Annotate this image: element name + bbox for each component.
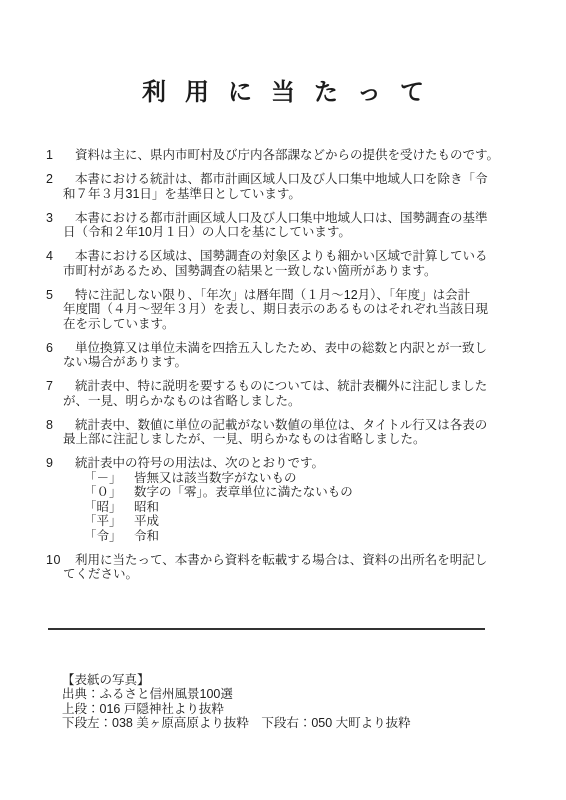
- symbol-desc: 数字の「零」。表章単位に満たないもの: [134, 485, 353, 499]
- list-item: 9 統計表中の符号の用法は、次のとおりです。 「－」皆無又は該当数字がないもの …: [0, 456, 566, 543]
- item-line: 統計表中の符号の用法は、次のとおりです。: [63, 456, 566, 471]
- item-line: 本書における統計は、都市計画区域人口及び人口集中地域人口を除き「令: [63, 172, 566, 187]
- symbol-mark: 「平」: [84, 514, 134, 529]
- footer-line: 【表紙の写真】: [62, 673, 566, 688]
- item-line: が、一見、明らかなものは省略しました。: [63, 394, 566, 409]
- list-item: 2 本書における統計は、都市計画区域人口及び人口集中地域人口を除き「令 和７年３…: [0, 172, 566, 201]
- list-item: 4 本書における区域は、国勢調査の対象区よりも細かい区域で計算している 市町村が…: [0, 249, 566, 278]
- item-number: 3: [46, 211, 53, 226]
- item-line: 単位換算又は単位未満を四捨五入したため、表中の総数と内訳とが一致し: [63, 341, 566, 356]
- symbol-desc: 平成: [134, 514, 159, 528]
- item-line: 本書における都市計画区域人口及び人口集中地域人口は、国勢調査の基準: [63, 211, 566, 226]
- list-item: 1 資料は主に、県内市町村及び庁内各部課などからの提供を受けたものです。: [0, 148, 566, 163]
- list-item: 7 統計表中、特に説明を要するものについては、統計表欄外に注記しました が、一見…: [0, 379, 566, 408]
- item-line: 資料は主に、県内市町村及び庁内各部課などからの提供を受けたものです。: [63, 148, 566, 163]
- symbol-desc: 昭和: [134, 500, 159, 514]
- item-number: 6: [46, 341, 53, 356]
- item-line: 在を示しています。: [63, 317, 566, 332]
- cover-photo-note: 【表紙の写真】 出典：ふるさと信州風景100選 上段：016 戸隠神社より抜粋 …: [62, 673, 566, 731]
- symbol-legend-row: 「令」令和: [63, 529, 566, 544]
- list-item: 5 特に注記しない限り、「年次」は暦年間（１月～12月）、「年度」は会計 年度間…: [0, 288, 566, 332]
- symbol-legend-row: 「０」数字の「零」。表章単位に満たないもの: [63, 485, 566, 500]
- item-number: 5: [46, 288, 53, 303]
- item-line: ない場合があります。: [63, 355, 566, 370]
- item-line: 統計表中、特に説明を要するものについては、統計表欄外に注記しました: [63, 379, 566, 394]
- footer-line: 出典：ふるさと信州風景100選: [62, 687, 566, 702]
- item-number: 7: [46, 379, 53, 394]
- symbol-desc: 令和: [134, 529, 159, 543]
- item-number: 8: [46, 418, 53, 433]
- notes-list: 1 資料は主に、県内市町村及び庁内各部課などからの提供を受けたものです。 2 本…: [0, 148, 566, 582]
- item-line: 年度間（４月～翌年３月）を表し、期日表示のあるものはそれぞれ当該日現: [63, 302, 566, 317]
- item-line: 特に注記しない限り、「年次」は暦年間（１月～12月）、「年度」は会計: [63, 288, 566, 303]
- item-line: 本書における区域は、国勢調査の対象区よりも細かい区域で計算している: [63, 249, 566, 264]
- symbol-desc: 皆無又は該当数字がないもの: [134, 471, 297, 485]
- horizontal-rule: [48, 628, 485, 630]
- item-line: 市町村があるため、国勢調査の結果と一致しない箇所があります。: [63, 264, 566, 279]
- list-item: 3 本書における都市計画区域人口及び人口集中地域人口は、国勢調査の基準 日（令和…: [0, 211, 566, 240]
- symbol-mark: 「令」: [84, 529, 134, 544]
- footer-line: 上段：016 戸隠神社より抜粋: [62, 702, 566, 717]
- list-item: 10 利用に当たって、本書から資料を転載する場合は、資料の出所名を明記し てくだ…: [0, 553, 566, 582]
- symbol-mark: 「昭」: [84, 500, 134, 515]
- item-line: 和７年３月31日」を基準日としています。: [63, 187, 566, 202]
- document-page: 利用に当たって 1 資料は主に、県内市町村及び庁内各部課などからの提供を受けたも…: [0, 0, 566, 800]
- symbol-legend-row: 「－」皆無又は該当数字がないもの: [63, 471, 566, 486]
- list-item: 8 統計表中、数値に単位の記載がない数値の単位は、タイトル行又は各表の 最上部に…: [0, 418, 566, 447]
- item-line: 最上部に注記しましたが、一見、明らかなものは省略しました。: [63, 432, 566, 447]
- item-number: 9: [46, 456, 53, 471]
- symbol-mark: 「０」: [84, 485, 134, 500]
- item-line: 日（令和２年10月１日）の人口を基にしています。: [63, 225, 566, 240]
- item-number: 1: [46, 148, 53, 163]
- item-line: 統計表中、数値に単位の記載がない数値の単位は、タイトル行又は各表の: [63, 418, 566, 433]
- list-item: 6 単位換算又は単位未満を四捨五入したため、表中の総数と内訳とが一致し ない場合…: [0, 341, 566, 370]
- item-number: 4: [46, 249, 53, 264]
- item-number: 10: [46, 553, 61, 568]
- item-line: てください。: [63, 567, 566, 582]
- page-title: 利用に当たって: [0, 80, 566, 106]
- item-number: 2: [46, 172, 53, 187]
- footer-line: 下段左：038 美ヶ原高原より抜粋 下段右：050 大町より抜粋: [62, 716, 566, 731]
- symbol-legend-row: 「平」平成: [63, 514, 566, 529]
- item-line: 利用に当たって、本書から資料を転載する場合は、資料の出所名を明記し: [63, 553, 566, 568]
- symbol-mark: 「－」: [84, 471, 134, 486]
- symbol-legend-row: 「昭」昭和: [63, 500, 566, 515]
